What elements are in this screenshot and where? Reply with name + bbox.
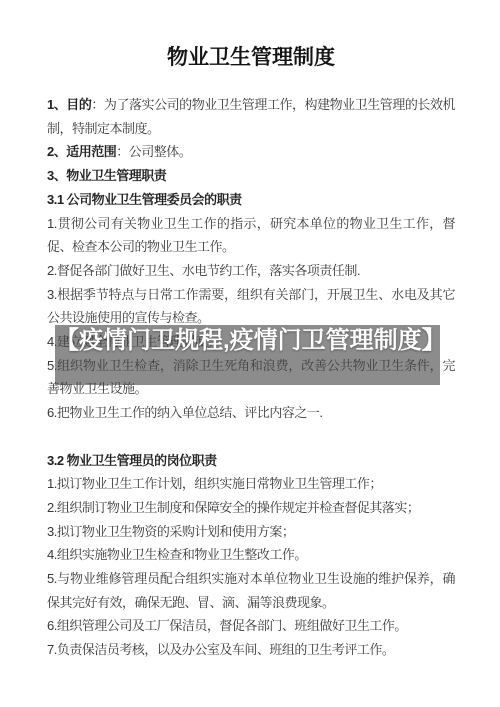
para-purpose-label: 1、目的: [47, 97, 91, 112]
list-item-3-1-2: 2.督促各部门做好卫生、水电节约工作，落实各项责任制.: [47, 259, 455, 283]
document-title: 物业卫生管理制度: [47, 44, 455, 71]
para-purpose-text: ：为了落实公司的物业卫生管理工作，构建物业卫生管理的长效机制，特制定本制度。: [47, 97, 455, 136]
para-scope-label: 2、适用范围: [47, 144, 116, 159]
list-item-3-2-3: 3.拟订物业卫生物资的采购计划和使用方案；: [47, 520, 455, 544]
para-purpose: 1、目的：为了落实公司的物业卫生管理工作，构建物业卫生管理的长效机制，特制定本制…: [47, 93, 455, 140]
list-item-3-2-2: 2.组织制订物业卫生制度和保障安全的操作规定并检查督促其落实；: [47, 496, 455, 520]
list-item-3-2-4: 4.组织实施物业卫生检查和物业卫生整改工作。: [47, 543, 455, 567]
list-item-3-2-6: 6.组织管理公司及工厂保洁员，督促各部门、班组做好卫生工作。: [47, 614, 455, 638]
list-item-3-1-6: 6.把物业卫生工作的纳入单位总结、评比内容之一.: [47, 401, 455, 425]
list-item-3-1-3: 3.根据季节特点与日常工作需要，组织有关部门，开展卫生、水电及其它公共设施使用的…: [47, 283, 455, 330]
watermark-text: 【疫情门卫规程,疫情门卫管理制度】: [55, 327, 446, 354]
para-scope: 2、适用范围：公司整体。: [47, 140, 455, 164]
list-item-3-2-5: 5.与物业维修管理员配合组织实施对本单位物业卫生设施的维护保养，确保其完好有效，…: [47, 567, 455, 614]
list-item-3-2-1: 1.拟订物业卫生工作计划，组织实施日常物业卫生管理工作；: [47, 472, 455, 496]
para-duties: 3、物业卫生管理职责: [47, 164, 455, 188]
watermark-overlay: 【疫情门卫规程,疫情门卫管理制度】: [55, 325, 440, 385]
list-item-3-1-1: 1.贯彻公司有关物业卫生工作的指示，研究本单位的物业卫生工作，督促、检查本公司的…: [47, 212, 455, 259]
para-scope-text: ：公司整体。: [116, 144, 191, 159]
heading-section-3-1: 3.1 公司物业卫生管理委员会的职责: [47, 188, 455, 212]
para-duties-label: 3、物业卫生管理职责: [47, 168, 166, 183]
heading-section-3-2: 3.2 物业卫生管理员的岗位职责: [47, 449, 455, 473]
list-item-3-2-7: 7.负责保洁员考核，以及办公室及车间、班组的卫生考评工作。: [47, 638, 455, 662]
